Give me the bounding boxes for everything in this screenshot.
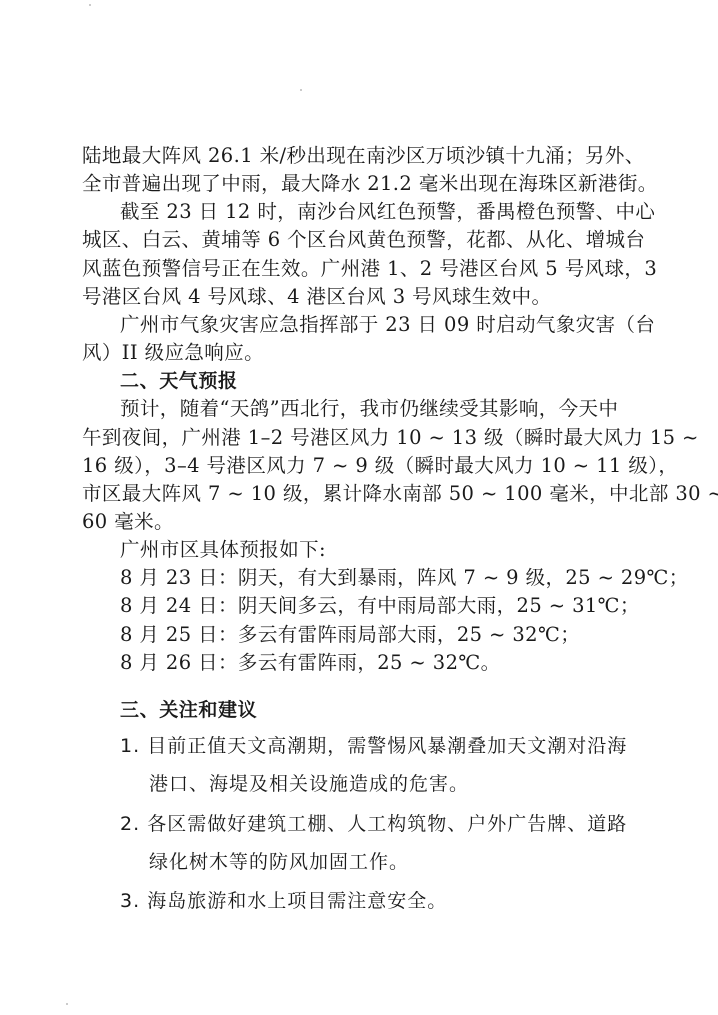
city-forecast-intro: 广州市区具体预报如下:: [120, 536, 326, 564]
observation-line-1: 陆地最大阵风 26.1 米/秒出现在南沙区万顷沙镇十九涌；另外、: [82, 142, 645, 170]
forecast-line-2: 午到夜间，广州港 1–2 号港区风力 10 ~ 13 级（瞬时最大风力 15 ~: [82, 424, 699, 452]
observation-line-2: 全市普遍出现了中雨，最大降水 21.2 毫米出现在海珠区新港街。: [82, 170, 658, 198]
warnings-line-4: 号港区台风 4 号风球、4 港区台风 3 号风球生效中。: [82, 283, 551, 311]
advice-item-2-continuation: 绿化树木等的防风加固工作。: [149, 848, 409, 876]
section-heading-forecast: 二、天气预报: [120, 367, 238, 395]
daily-forecast-date: 8 月 23 日：: [120, 566, 238, 589]
daily-forecast-date: 8 月 25 日：: [120, 623, 238, 646]
daily-forecast-row: 8 月 26 日：多云有雷阵雨，25 ~ 32℃。: [120, 649, 501, 677]
forecast-line-3: 16 级），3–4 号港区风力 7 ~ 9 级（瞬时最大风力 10 ~ 11 级…: [82, 452, 678, 480]
warnings-line-2: 城区、白云、黄埔等 6 个区台风黄色预警，花都、从化、增城台: [82, 226, 645, 254]
scan-speck: [89, 4, 91, 6]
warnings-line-1: 截至 23 日 12 时，南沙台风红色预警，番禺橙色预警、中心: [120, 198, 655, 226]
daily-forecast-date: 8 月 26 日：: [120, 651, 238, 674]
daily-forecast-text: 多云有雷阵雨，25 ~ 32℃。: [238, 651, 501, 674]
advice-item-text: 各区需做好建筑工棚、人工构筑物、户外广告牌、道路: [147, 813, 627, 835]
scan-speck: [300, 89, 302, 91]
document-page: 陆地最大阵风 26.1 米/秒出现在南沙区万顷沙镇十九涌；另外、 全市普遍出现了…: [0, 0, 718, 1015]
advice-item-1-continuation: 港口、海堤及相关设施造成的危害。: [149, 770, 469, 798]
daily-forecast-row: 8 月 25 日：多云有雷阵雨局部大雨，25 ~ 32℃；: [120, 621, 580, 649]
advice-item-1: 1. 目前正值天文高潮期，需警惕风暴潮叠加天文潮对沿海: [120, 732, 627, 760]
section-heading-advice: 三、关注和建议: [120, 696, 257, 724]
advice-item-number: 1.: [120, 735, 140, 757]
forecast-line-5: 60 毫米。: [82, 508, 174, 536]
forecast-line-1: 预计，随着“天鸽”西北行，我市仍继续受其影响，今天中: [120, 395, 618, 423]
advice-item-2: 2. 各区需做好建筑工棚、人工构筑物、户外广告牌、道路: [120, 810, 627, 838]
emergency-line-2: 风）II 级应急响应。: [82, 339, 264, 367]
daily-forecast-text: 多云有雷阵雨局部大雨，25 ~ 32℃；: [238, 623, 580, 646]
advice-item-number: 2.: [120, 813, 140, 835]
daily-forecast-row: 8 月 23 日：阴天，有大到暴雨，阵风 7 ~ 9 级，25 ~ 29℃；: [120, 564, 689, 592]
scan-speck: [66, 1003, 68, 1005]
warnings-line-3: 风蓝色预警信号正在生效。广州港 1、2 号港区台风 5 号风球，3: [82, 255, 657, 283]
daily-forecast-text: 阴天，有大到暴雨，阵风 7 ~ 9 级，25 ~ 29℃；: [238, 566, 689, 589]
forecast-line-4: 市区最大阵风 7 ~ 10 级，累计降水南部 50 ~ 100 毫米，中北部 3…: [82, 480, 718, 508]
advice-item-text: 海岛旅游和水上项目需注意安全。: [147, 890, 447, 912]
daily-forecast-date: 8 月 24 日：: [120, 594, 238, 617]
emergency-line-1: 广州市气象灾害应急指挥部于 23 日 09 时启动气象灾害（台: [120, 311, 655, 339]
advice-item-3: 3. 海岛旅游和水上项目需注意安全。: [120, 887, 447, 915]
advice-item-number: 3.: [120, 890, 140, 912]
daily-forecast-text: 阴天间多云，有中雨局部大雨，25 ~ 31℃；: [238, 594, 640, 617]
daily-forecast-row: 8 月 24 日：阴天间多云，有中雨局部大雨，25 ~ 31℃；: [120, 592, 640, 620]
advice-item-text: 目前正值天文高潮期，需警惕风暴潮叠加天文潮对沿海: [147, 735, 627, 757]
